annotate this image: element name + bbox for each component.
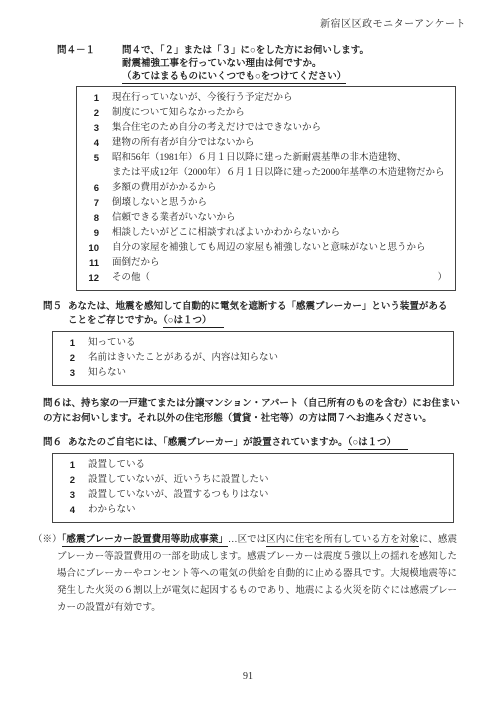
option-text: 知っている	[88, 336, 136, 351]
question-5-options-box: 1 知っている 2 名前はきいたことがあるが、内容は知らない 3 知らない	[52, 331, 454, 386]
question-4-1-heading: 問４－１ 問４で、「２」または「３」に○をした方にお伺いします。 耐震補強工事を…	[57, 44, 496, 83]
question-5-heading: 問５ あなたは、地震を感知して自動的に電気を遮断する「感震ブレーカー」という装置…	[43, 300, 496, 328]
option-number: 7	[77, 196, 99, 211]
option-row: 3 設置していないが、設置するつもりはない	[53, 488, 445, 503]
option-number: 3	[77, 121, 99, 136]
question-5-circle-note: （○は１つ）	[163, 315, 224, 328]
option-text-wrap: 多額の費用がかかるから	[112, 181, 447, 196]
question-6-lead-note-line1: 問６は、持ち家の一戸建てまたは分譲マンション・アパート（自己所有のものを含む）に…	[43, 396, 496, 411]
question-5-line2: ことをご存じですか。	[68, 315, 163, 326]
option-text: 面倒だから	[112, 256, 160, 271]
option-text-wrap: その他（）	[112, 271, 447, 286]
fill-in-blank-space	[245, 106, 447, 121]
document-header-title: 新宿区区政モニターアンケート	[0, 0, 496, 31]
option-number: 1	[53, 458, 75, 473]
fill-in-blank-space	[293, 91, 447, 106]
question-6-lead-note-line2: の方にお伺いします。それ以外の住宅形態（賃貸・社宅等）の方は問７へお進みください…	[43, 411, 496, 426]
option-text: わからない	[88, 503, 136, 518]
option-row: 7 倒壊しないと思うから	[77, 196, 447, 211]
option-row: 11 面倒だから	[77, 256, 447, 271]
option-row: 4 建物の所有者が自分ではないから	[77, 136, 447, 151]
option-row: 10 自分の家屋を補強しても周辺の家屋も補強しないと意味がないと思うから	[77, 241, 447, 256]
footnote-underlined-phrase: 区内に住宅を所有している方を対象	[266, 535, 419, 547]
option-number: 3	[53, 488, 75, 503]
question-4-1-options-box: 1 現在行っていないが、今後行う予定だから 2 制度について知らなかったから 3…	[76, 86, 456, 291]
option-text-wrap: 建物の所有者が自分ではないから	[112, 136, 447, 151]
fill-in-blank-space	[207, 196, 447, 211]
option-text: 倒壊しないと思うから	[112, 196, 207, 211]
option-number: 6	[77, 181, 99, 196]
option-number: 2	[53, 473, 75, 488]
question-6-question: あなたのご自宅には、「感震ブレーカー」が設置されていますか。	[68, 437, 348, 448]
option-text: 集合住宅のため自分の考えだけではできないから	[112, 121, 321, 136]
option-number: 12	[77, 271, 99, 286]
question-4-1-instruction: （あてはまるものにいくつでも○をつけてください）	[122, 71, 346, 84]
option-text: 制度について知らなかったから	[112, 106, 245, 121]
question-6-circle-note: （○は１つ）	[348, 437, 409, 450]
option-row: 6 多額の費用がかかるから	[77, 181, 447, 196]
option-text-continuation: または平成12年（2000年）６月１日以降に建った2000年基準の木造建物だから	[112, 166, 447, 181]
option-number: 4	[53, 503, 75, 518]
option-text-wrap: 現在行っていないが、今後行う予定だから	[112, 91, 447, 106]
question-6-heading: 問６ あなたのご自宅には、「感震ブレーカー」が設置されていますか。（○は１つ）	[43, 436, 496, 450]
question-4-1-text: 問４で、「２」または「３」に○をした方にお伺いします。 耐震補強工事を行っていな…	[122, 44, 369, 83]
option-text-wrap: 集合住宅のため自分の考えだけではできないから	[112, 121, 447, 136]
fill-in-blank-space	[426, 241, 447, 256]
option-row: 1 現在行っていないが、今後行う予定だから	[77, 91, 447, 106]
option-text: 建物の所有者が自分ではないから	[112, 136, 255, 151]
option-number: 5	[77, 151, 99, 181]
option-text-wrap: 倒壊しないと思うから	[112, 196, 447, 211]
question-6-lead-note: 問６は、持ち家の一戸建てまたは分譲マンション・アパート（自己所有のものを含む）に…	[43, 396, 496, 426]
option-text-wrap: 制度について知らなかったから	[112, 106, 447, 121]
option-text-wrap: 信頼できる業者がいないから	[112, 211, 447, 226]
option-number: 8	[77, 211, 99, 226]
option-row: 3 知らない	[53, 366, 445, 381]
fill-in-blank-space	[407, 151, 447, 166]
option-number: 11	[77, 256, 99, 271]
option-row: 4 わからない	[53, 503, 445, 518]
questionnaire-page: 新宿区区政モニターアンケート 問４－１ 問４で、「２」または「３」に○をした方に…	[0, 0, 496, 702]
option-text: 名前はきいたことがあるが、内容は知らない	[88, 351, 278, 366]
option-text: 設置している	[88, 458, 145, 473]
option-row: 2 設置していないが、近いうちに設置したい	[53, 473, 445, 488]
option-row: 8 信頼できる業者がいないから	[77, 211, 447, 226]
option-row: 2 名前はきいたことがあるが、内容は知らない	[53, 351, 445, 366]
question-5-text: あなたは、地震を感知して自動的に電気を遮断する「感震ブレーカー」という装置がある…	[68, 300, 447, 328]
option-row: 2 制度について知らなかったから	[77, 106, 447, 121]
option-number: 1	[77, 91, 99, 106]
fill-in-blank-space	[255, 136, 447, 151]
option-text: 設置していないが、近いうちに設置したい	[88, 473, 269, 488]
option-text: 自分の家屋を補強しても周辺の家屋も補強しないと意味がないと思うから	[112, 241, 426, 256]
option-row: 1 設置している	[53, 458, 445, 473]
option-text-wrap: 自分の家屋を補強しても周辺の家屋も補強しないと意味がないと思うから	[112, 241, 447, 256]
question-6-options-box: 1 設置している 2 設置していないが、近いうちに設置したい 3 設置していない…	[52, 453, 454, 523]
option-number: 10	[77, 241, 99, 256]
option-row: 3 集合住宅のため自分の考えだけではできないから	[77, 121, 447, 136]
question-5-line1: あなたは、地震を感知して自動的に電気を遮断する「感震ブレーカー」という装置がある	[68, 300, 447, 314]
fill-in-blank-space	[340, 226, 447, 241]
option-row: 1 知っている	[53, 336, 445, 351]
question-4-1-label: 問４－１	[57, 44, 122, 83]
option-text: その他（	[112, 271, 150, 286]
option-number: 4	[77, 136, 99, 151]
footnote-after-title: …区では	[228, 535, 266, 545]
fill-in-blank-space	[150, 271, 437, 286]
option-number: 2	[77, 106, 99, 121]
option-text: 昭和56年（1981年）６月１日以降に建った新耐震基準の非木造建物、	[112, 151, 407, 166]
subsidy-footnote: （※）「感震ブレーカー設置費用等助成事業」…区では区内に住宅を所有している方を対…	[33, 531, 457, 617]
fill-in-blank-space	[236, 211, 447, 226]
fill-in-blank-space	[160, 256, 447, 271]
option-text-wrap: 昭和56年（1981年）６月１日以降に建った新耐震基準の非木造建物、 または平成…	[112, 151, 447, 181]
page-number: 91	[0, 671, 496, 682]
option-number: 2	[53, 351, 75, 366]
option-row: 5 昭和56年（1981年）６月１日以降に建った新耐震基準の非木造建物、 または…	[77, 151, 447, 181]
question-6-label: 問６	[43, 436, 68, 450]
option-text: 相談したいがどこに相談すればよいかわからないから	[112, 226, 340, 241]
option-text: 現在行っていないが、今後行う予定だから	[112, 91, 293, 106]
option-text: 信頼できる業者がいないから	[112, 211, 236, 226]
question-5-label: 問５	[43, 300, 68, 328]
option-close-paren: ）	[437, 271, 447, 286]
fill-in-blank-space	[217, 181, 447, 196]
option-number: 1	[53, 336, 75, 351]
option-text-wrap: 面倒だから	[112, 256, 447, 271]
option-text-wrap: 相談したいがどこに相談すればよいかわからないから	[112, 226, 447, 241]
option-row: 12 その他（）	[77, 271, 447, 286]
option-number: 9	[77, 226, 99, 241]
question-6-text: あなたのご自宅には、「感震ブレーカー」が設置されていますか。（○は１つ）	[68, 436, 408, 450]
option-text: 多額の費用がかかるから	[112, 181, 217, 196]
fill-in-blank-space	[321, 121, 447, 136]
question-4-1-intro-line1: 問４で、「２」または「３」に○をした方にお伺いします。	[122, 44, 369, 57]
footnote-marker: （※）	[33, 535, 62, 545]
option-row: 9 相談したいがどこに相談すればよいかわからないから	[77, 226, 447, 241]
option-text: 知らない	[88, 366, 126, 381]
question-4-1-intro-line2: 耐震補強工事を行っていない理由は何ですか。	[122, 57, 369, 70]
footnote-program-title: 「感震ブレーカー設置費用等助成事業」	[62, 534, 228, 547]
option-number: 3	[53, 366, 75, 381]
option-text: 設置していないが、設置するつもりはない	[88, 488, 268, 503]
